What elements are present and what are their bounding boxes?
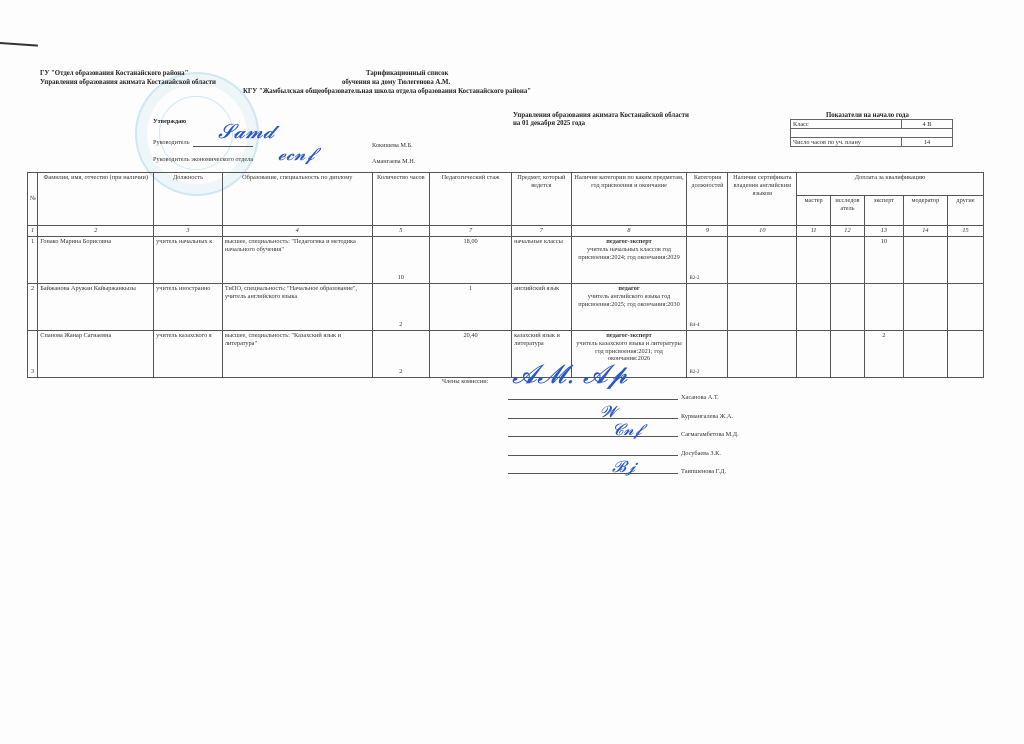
- cell-master: [797, 283, 831, 330]
- col-bonus-moderator: модератор: [903, 196, 947, 226]
- cell-expert: [864, 283, 903, 330]
- col-bonus-group: Доплата за квалификацию: [797, 173, 984, 196]
- column-number: 2: [38, 226, 154, 237]
- column-number: 13: [864, 226, 903, 237]
- category-detail: учитель начальных классов год присвоения…: [574, 246, 685, 262]
- head-label: Руководитель: [153, 139, 190, 146]
- column-number: 9: [687, 226, 728, 237]
- cell-master: [797, 236, 831, 283]
- col-certificate: Наличие сертификата владения английским …: [728, 173, 797, 226]
- header-row: № Фамилия, имя, отчество (при наличии) Д…: [28, 173, 984, 196]
- cell-position: учитель начальных к: [154, 236, 223, 283]
- commission-signature-line: [508, 473, 678, 474]
- commission-signature-line: [508, 418, 678, 419]
- cell-researcher: [831, 283, 865, 330]
- cell-fio: Спанова Жанар Сагиаевна: [38, 330, 154, 377]
- column-number: 3: [154, 226, 223, 237]
- econ-name: Амангаева М.Н.: [372, 158, 415, 165]
- cell-experience: 20,40: [430, 330, 512, 377]
- commission-signature-line: [508, 455, 678, 456]
- table-row: 3Спанова Жанар Сагиаевнаучитель казахско…: [28, 330, 984, 377]
- commission-member-name: Хасанова А.Т.: [681, 394, 719, 401]
- col-num: №: [28, 173, 38, 226]
- commission-signature-line: [508, 436, 678, 437]
- column-number: 10: [728, 226, 797, 237]
- cell-pos-category: В2-2: [687, 236, 728, 283]
- cell-experience: 1: [430, 283, 512, 330]
- document-subtitle: обучения на дому Тюлегенова А.М.: [342, 79, 450, 86]
- column-number-row: 123457789101112131415: [28, 226, 984, 237]
- cell-expert: 10: [864, 236, 903, 283]
- col-experience: Педагогический стаж: [430, 173, 512, 226]
- col-fio: Фамилия, имя, отчество (при наличии): [38, 173, 154, 226]
- commission-signature-1: 𝓐𝓜. 𝓐𝓹: [512, 360, 628, 391]
- category-title: педагог-эксперт: [574, 332, 685, 340]
- cell-pos-category: В2-2: [687, 330, 728, 377]
- cell-fio: Байжанова Аружан Кайыржанкызы: [38, 283, 154, 330]
- cell-moderator: [903, 330, 947, 377]
- commission-signature: 𝓒𝓷𝓯: [612, 420, 642, 440]
- cell-certificate: [728, 330, 797, 377]
- econ-signature: 𝓮𝓬𝓷𝓯: [278, 144, 315, 165]
- cell-master: [797, 330, 831, 377]
- cell-moderator: [903, 236, 947, 283]
- indicator-label: Число часов по уч. плану: [791, 138, 902, 147]
- column-number: 5: [372, 226, 429, 237]
- cell-other: [947, 236, 983, 283]
- indicator-row: Класс 4 В: [791, 120, 953, 129]
- school-name: КГУ "Жамбылская общеобразовательная школ…: [243, 88, 531, 95]
- cell-category: педагогучитель английского языка год при…: [571, 283, 687, 330]
- cell-position: учитель казахского я: [154, 330, 223, 377]
- cell-education: высшее, специальность: "Казахский язык и…: [222, 330, 372, 377]
- approve-label: Утверждаю: [153, 118, 186, 125]
- econ-label: Руководитель экономического отдела: [153, 156, 253, 163]
- category-title: педагог: [574, 285, 685, 293]
- head-name: Кокишева М.Б.: [372, 142, 413, 149]
- col-education: Образование, специальность по диплому: [222, 173, 372, 226]
- table-row: 1Гонако Марина Борисовнаучитель начальны…: [28, 236, 984, 283]
- indicator-label: Класс: [791, 120, 902, 129]
- column-number: 15: [947, 226, 983, 237]
- column-number: 12: [831, 226, 865, 237]
- indicator-value: 14: [902, 138, 953, 147]
- column-number: 7: [430, 226, 512, 237]
- cell-certificate: [728, 236, 797, 283]
- cell-num: 2: [28, 283, 38, 330]
- cell-pos-category: В4-4: [687, 283, 728, 330]
- indicators-table: Класс 4 В Число часов по уч. плану 14: [790, 119, 953, 147]
- table-row: 2Байжанова Аружан Кайыржанкызыучитель ин…: [28, 283, 984, 330]
- org-line-2: Управления образования акимата Костанайс…: [40, 79, 216, 86]
- commission-member-name: Курмангалева Ж.А.: [681, 413, 733, 420]
- tariff-table: № Фамилия, имя, отчество (при наличии) Д…: [27, 172, 984, 378]
- cell-category: педагог-экспертучитель начальных классов…: [571, 236, 687, 283]
- head-signature-line: [193, 146, 253, 147]
- cell-hours: 10: [372, 236, 429, 283]
- indicators-title: Показатели на начало года: [826, 112, 909, 119]
- cell-num: 3: [28, 330, 38, 377]
- commission-member-name: Досубаева З.К.: [681, 450, 721, 457]
- indicator-row: Число часов по уч. плану 14: [791, 138, 953, 147]
- col-subject: Предмет, который ведется: [512, 173, 571, 226]
- col-bonus-master: мастер: [797, 196, 831, 226]
- col-position: Должность: [154, 173, 223, 226]
- commission-signature: 𝓑𝓳: [612, 457, 636, 477]
- col-bonus-expert: эксперт: [864, 196, 903, 226]
- head-signature: 𝓢𝓪𝓶𝓭: [218, 119, 275, 143]
- commission-signature-line: [508, 399, 678, 400]
- cell-subject: начальные классы: [512, 236, 571, 283]
- commission-member-name: Сагмагамбетова М.Д.: [681, 431, 739, 438]
- cell-num: 1: [28, 236, 38, 283]
- date-line: на 01 декабря 2025 года: [513, 120, 585, 127]
- col-bonus-other: другие: [947, 196, 983, 226]
- cell-certificate: [728, 283, 797, 330]
- cell-position: учитель иностранно: [154, 283, 223, 330]
- cell-fio: Гонако Марина Борисовна: [38, 236, 154, 283]
- col-bonus-researcher: исследов атель: [831, 196, 865, 226]
- indicator-value: 4 В: [902, 120, 953, 129]
- category-title: педагог-эксперт: [574, 238, 685, 246]
- column-number: 11: [797, 226, 831, 237]
- column-number: 14: [903, 226, 947, 237]
- cell-researcher: [831, 236, 865, 283]
- scan-artifact-line: [0, 42, 38, 47]
- commission-label: Члены комиссии:: [442, 378, 488, 385]
- cell-subject: английский язык: [512, 283, 571, 330]
- col-category: Наличие категории по каким предметам, го…: [571, 173, 687, 226]
- document-title: Тарификационный список: [366, 70, 448, 77]
- col-pos-category: Категория должностей: [687, 173, 728, 226]
- cell-hours: 2: [372, 283, 429, 330]
- cell-other: [947, 330, 983, 377]
- col-hours: Количество часов: [372, 173, 429, 226]
- commission-signature: 𝓦: [600, 402, 617, 422]
- column-number: 7: [512, 226, 571, 237]
- column-number: 4: [222, 226, 372, 237]
- column-number: 8: [571, 226, 687, 237]
- commission-member-name: Таипшенова Г.Д.: [681, 468, 726, 475]
- cell-education: ТиПО, специальность: "Начальное образова…: [222, 283, 372, 330]
- cell-researcher: [831, 330, 865, 377]
- org-line-1: ГУ "Отдел образования Костанайского райо…: [40, 70, 188, 77]
- cell-education: высшее, специальность: "Педагогика и мет…: [222, 236, 372, 283]
- cell-hours: 2: [372, 330, 429, 377]
- category-detail: учитель английского языка год присвоения…: [574, 293, 685, 309]
- cell-other: [947, 283, 983, 330]
- right-org: Управления образования акимата Костанайс…: [513, 112, 689, 119]
- indicator-spacer: [791, 129, 953, 138]
- cell-expert: 2: [864, 330, 903, 377]
- column-number: 1: [28, 226, 38, 237]
- cell-moderator: [903, 283, 947, 330]
- cell-experience: 18,00: [430, 236, 512, 283]
